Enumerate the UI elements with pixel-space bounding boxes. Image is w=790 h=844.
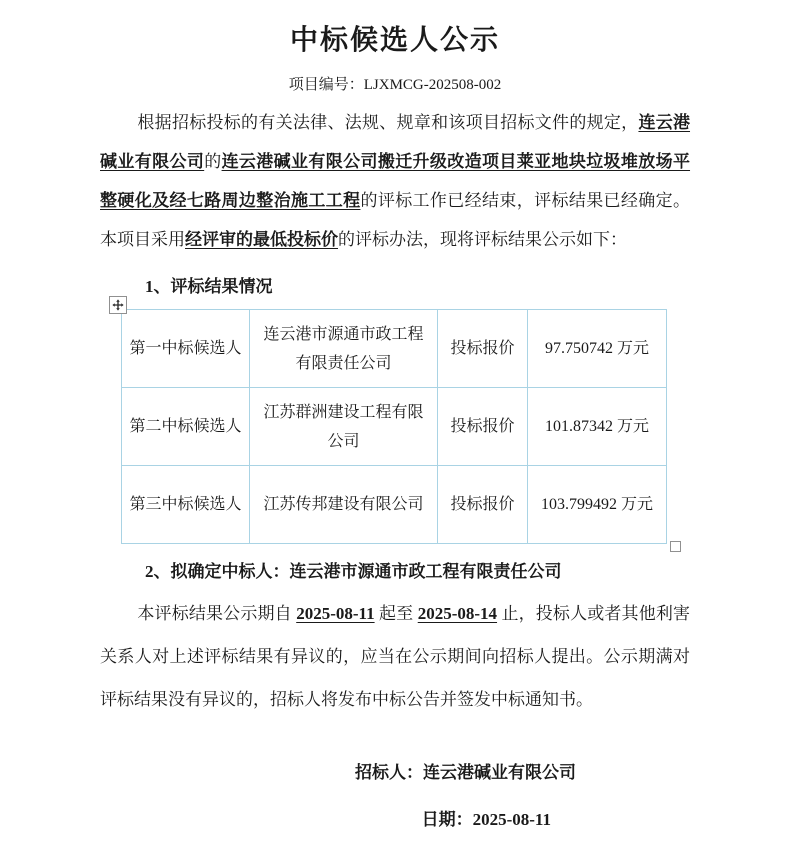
cell-price-label: 投标报价 [438, 466, 528, 544]
table-row: 第一中标候选人连云港市源通市政工程有限责任公司投标报价97.750742 万元 [122, 310, 667, 388]
notice-paragraph: 本评标结果公示期自 2025-08-11 起至 2025-08-14 止，投标人… [100, 592, 690, 721]
result-table-wrap: 第一中标候选人连云港市源通市政工程有限责任公司投标报价97.750742 万元第… [121, 309, 666, 544]
table-move-handle[interactable] [109, 296, 127, 314]
text-segment: 2025-08-14 [418, 604, 497, 623]
cell-rank: 第二中标候选人 [122, 388, 250, 466]
page-title: 中标候选人公示 [0, 0, 790, 58]
document-body: 根据招标投标的有关法律、法规、规章和该项目招标文件的规定，连云港碱业有限公司的连… [100, 103, 690, 830]
cell-company: 江苏群洲建设工程有限公司 [250, 388, 438, 466]
cell-price-label: 投标报价 [438, 388, 528, 466]
cell-rank: 第一中标候选人 [122, 310, 250, 388]
table-row: 第二中标候选人江苏群洲建设工程有限公司投标报价101.87342 万元 [122, 388, 667, 466]
text-segment: 本评标结果公示期自 [137, 604, 296, 623]
intro-paragraph: 根据招标投标的有关法律、法规、规章和该项目招标文件的规定，连云港碱业有限公司的连… [100, 103, 690, 259]
announcement-document: 中标候选人公示 项目编号：LJXMCG-202508-002 根据招标投标的有关… [0, 0, 790, 844]
cell-company: 江苏传邦建设有限公司 [250, 466, 438, 544]
cell-price: 97.750742 万元 [528, 310, 667, 388]
project-number-line: 项目编号：LJXMCG-202508-002 [0, 73, 790, 94]
section1-heading: 1、评标结果情况 [100, 276, 690, 298]
project-number-label: 项目编号： [289, 77, 364, 93]
cell-company: 连云港市源通市政工程有限责任公司 [250, 310, 438, 388]
cell-price-label: 投标报价 [438, 310, 528, 388]
signature-block: 招标人：连云港碱业有限公司 日期：2025-08-11 [100, 763, 690, 830]
cell-rank: 第三中标候选人 [122, 466, 250, 544]
text-segment: 2025-08-11 [296, 604, 374, 623]
section2-heading: 2、拟确定中标人：连云港市源通市政工程有限责任公司 [100, 561, 690, 583]
table-resize-handle[interactable] [670, 541, 681, 552]
bidder-signature-line: 招标人：连云港碱业有限公司 [100, 763, 690, 783]
text-segment: 经评审的最低投标价 [185, 230, 338, 249]
text-segment: 的 [204, 152, 221, 171]
table-row: 第三中标候选人江苏传邦建设有限公司投标报价103.799492 万元 [122, 466, 667, 544]
date-line: 日期：2025-08-11 [100, 810, 690, 830]
result-table: 第一中标候选人连云港市源通市政工程有限责任公司投标报价97.750742 万元第… [121, 309, 667, 544]
text-segment: 的评标办法，现将评标结果公示如下： [338, 230, 627, 249]
text-segment: 根据招标投标的有关法律、法规、规章和该项目招标文件的规定， [137, 113, 638, 132]
cell-price: 103.799492 万元 [528, 466, 667, 544]
move-arrows-icon [112, 299, 124, 311]
document-page: { "page": { "title": "中标候选人公示", "project… [0, 0, 790, 844]
project-number-value: LJXMCG-202508-002 [364, 77, 502, 93]
cell-price: 101.87342 万元 [528, 388, 667, 466]
text-segment: 起至 [375, 604, 418, 623]
